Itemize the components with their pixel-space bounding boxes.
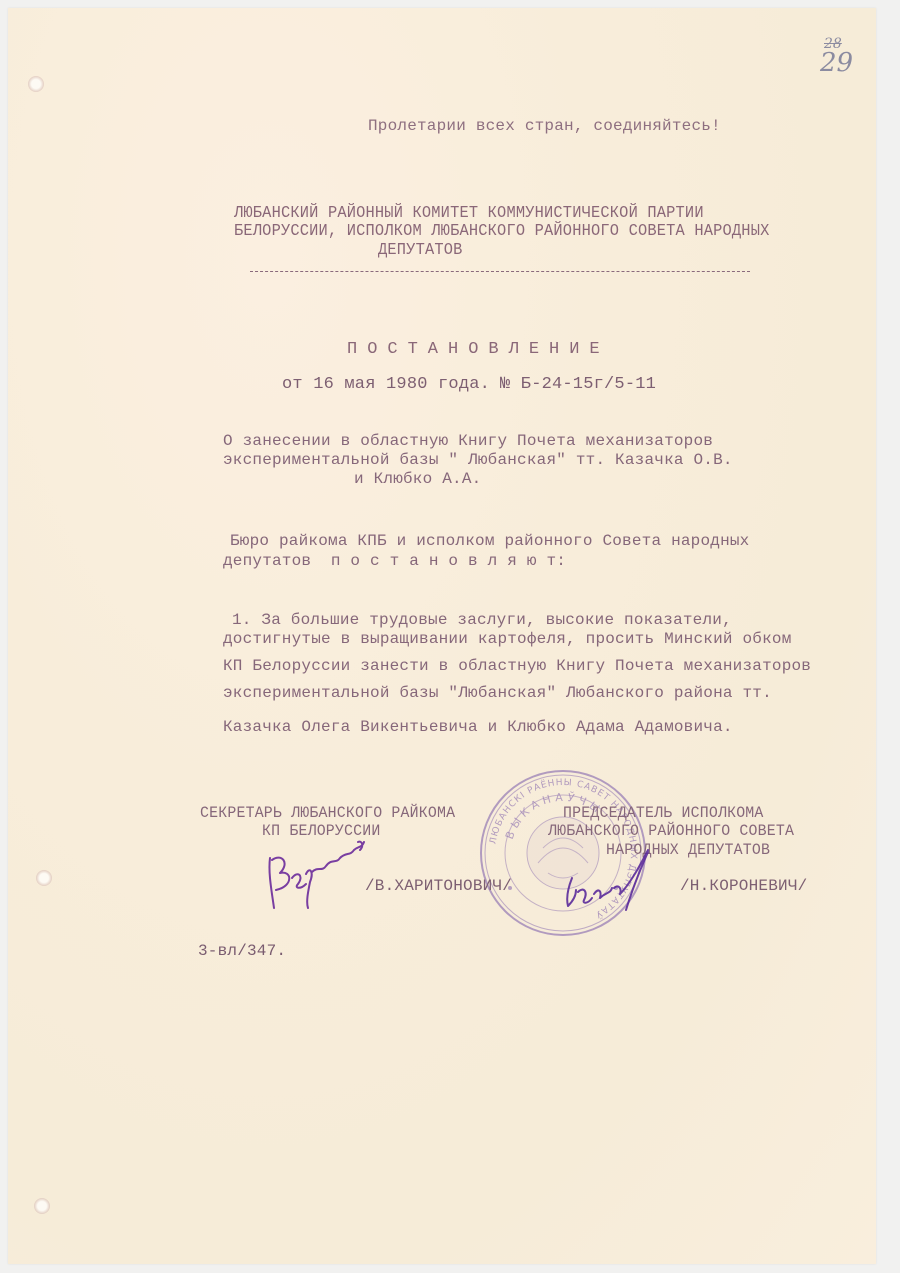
subject-line: О занесении в областную Книгу Почета мех…: [223, 433, 713, 449]
right-signatory-title: ЛЮБАНСКОГО РАЙОННОГО СОВЕТА: [548, 823, 794, 839]
subject-line: и Клюбко А.А.: [354, 471, 481, 487]
body-line: достигнутые в выращивании картофеля, про…: [223, 631, 792, 647]
preamble-line: депутатов п о с т а н о в л я ю т:: [223, 553, 566, 569]
body-line: Казачка Олега Викентьевича и Клюбко Адам…: [223, 719, 733, 735]
document-number: № Б-24-15г/5-11: [500, 376, 656, 393]
punch-hole-mark: [34, 1198, 50, 1214]
document-date: от 16 мая 1980 года.: [282, 376, 490, 393]
right-signatory-title: ПРЕДСЕДАТЕЛЬ ИСПОЛКОМА: [563, 805, 764, 821]
motto: Пролетарии всех стран, соединяйтесь!: [368, 118, 721, 134]
issuer-line: БЕЛОРУССИИ, ИСПОЛКОМ ЛЮБАНСКОГО РАЙОННОГ…: [234, 223, 769, 240]
punch-hole-mark: [28, 76, 44, 92]
left-signatory-name: /В.ХАРИТОНОВИЧ/: [365, 878, 512, 894]
body-line: экспериментальной базы "Любанская" Любан…: [223, 685, 772, 701]
handwritten-signature-right: [560, 848, 670, 918]
body-line: КП Белоруссии занести в областную Книгу …: [223, 658, 811, 674]
sheet-number: 29: [820, 48, 853, 78]
punch-hole-mark: [36, 870, 52, 886]
preamble-line: Бюро райкома КПБ и исполком районного Со…: [230, 533, 749, 549]
right-signatory-name: /Н.КОРОНЕВИЧ/: [680, 878, 807, 894]
body-line: 1. За большие трудовые заслуги, высокие …: [232, 612, 732, 628]
subject-line: экспериментальной базы " Любанская" тт. …: [223, 452, 733, 468]
document-type-title: ПОСТАНОВЛЕНИЕ: [347, 341, 610, 358]
header-divider: [250, 271, 750, 272]
issuer-line: ДЕПУТАТОВ: [378, 242, 463, 259]
registry-reference: 3-вл/347.: [198, 943, 286, 959]
left-signatory-title: СЕКРЕТАРЬ ЛЮБАНСКОГО РАЙКОМА: [200, 805, 455, 821]
handwritten-signature-left: [262, 828, 382, 918]
issuer-line: ЛЮБАНСКИЙ РАЙОННЫЙ КОМИТЕТ КОММУНИСТИЧЕС…: [234, 205, 704, 222]
